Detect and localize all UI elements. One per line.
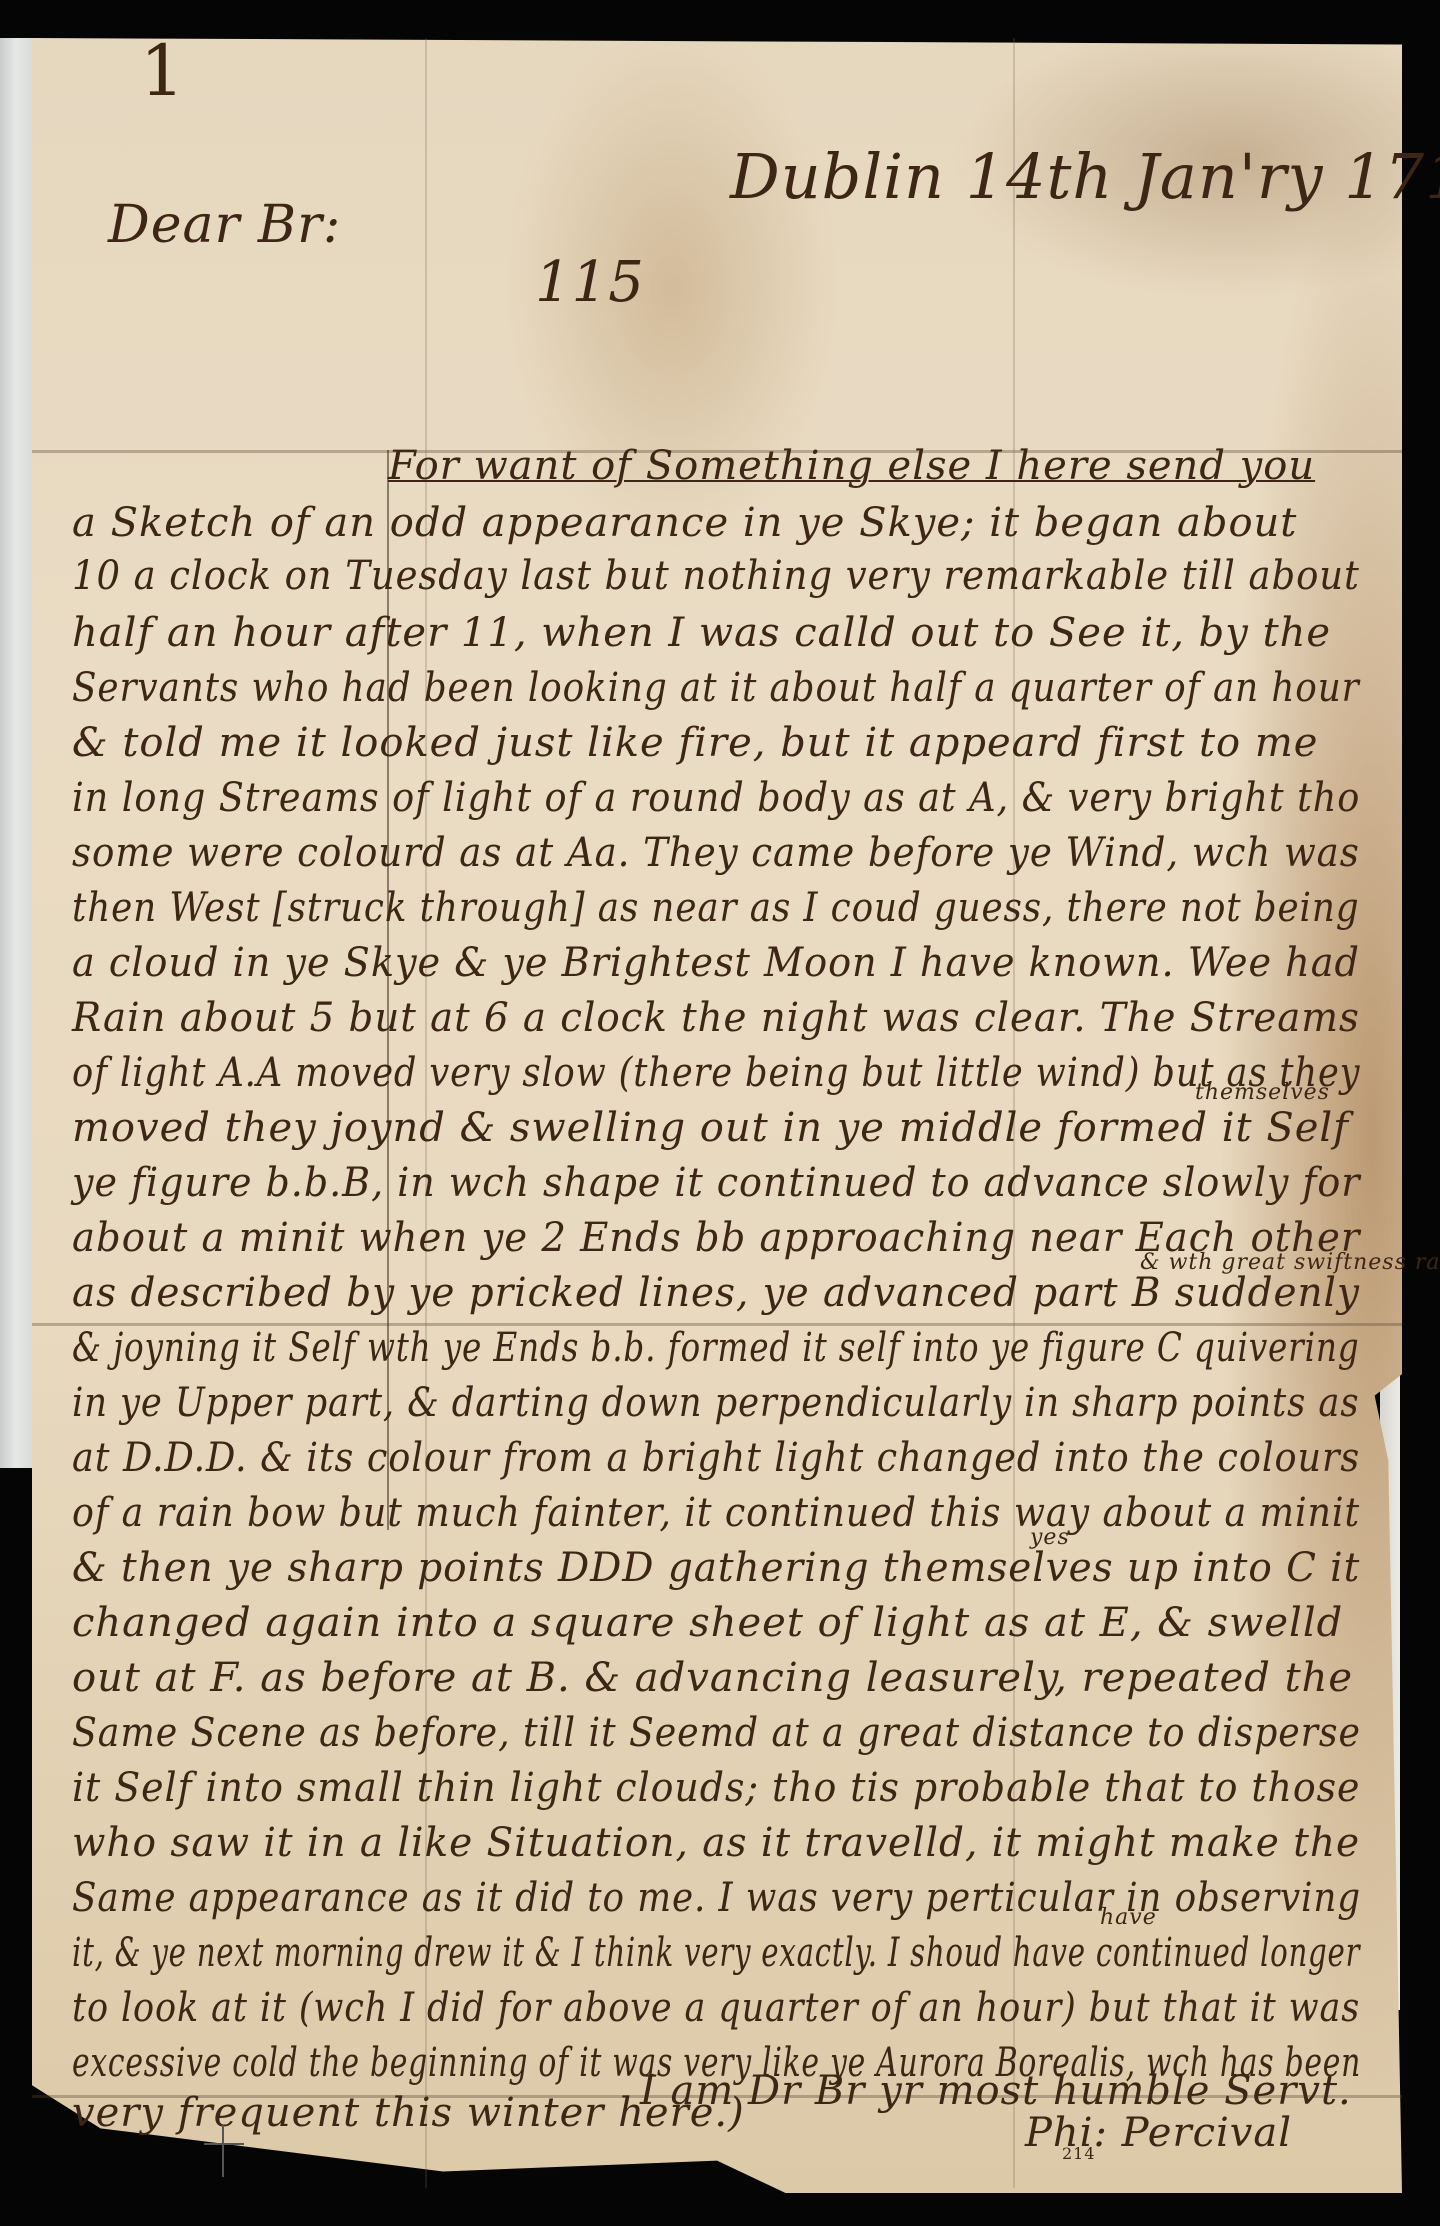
body-line: as described by ye pricked lines, ye adv… <box>72 1270 1360 1316</box>
body-line: in long Streams of light of a round body… <box>72 775 1360 821</box>
body-line: changed again into a square sheet of lig… <box>72 1600 1343 1646</box>
body-line: Same Scene as before, till it Seemd at a… <box>72 1710 1361 1756</box>
folio-mark: 1 <box>140 30 186 112</box>
salutation: Dear Br: <box>108 195 341 255</box>
body-line: Same appearance as it did to me. I was v… <box>72 1875 1361 1921</box>
body-line: some were colourd as at Aa. They came be… <box>72 830 1360 876</box>
closing: I am Dr Br yr most humble Servt. <box>640 2068 1352 2114</box>
body-line: ye figure b.b.B, in wch shape it continu… <box>72 1160 1360 1206</box>
body-line: & then ye sharp points DDD gathering the… <box>72 1545 1360 1591</box>
body-line: & joyning it Self wth ye Ends b.b. forme… <box>72 1325 1360 1371</box>
body-line: out at F. as before at B. & advancing le… <box>72 1655 1353 1701</box>
body-line: a Sketch of an odd appearance in ye Skye… <box>72 500 1297 546</box>
body-line: of light A.A moved very slow (there bein… <box>72 1050 1360 1096</box>
body-line: & told me it looked just like fire, but … <box>72 720 1318 766</box>
interlinear-note: themselves <box>1195 1080 1330 1105</box>
body-line: For want of Something else I here send y… <box>388 443 1315 489</box>
body-line: of a rain bow but much fainter, it conti… <box>72 1490 1360 1536</box>
body-line: it Self into small thin light clouds; th… <box>72 1765 1360 1811</box>
page-number: 115 <box>535 250 645 315</box>
body-line: in ye Upper part, & darting down perpend… <box>72 1380 1359 1426</box>
body-line: Rain about 5 but at 6 a clock the night … <box>72 995 1360 1041</box>
body-line: half an hour after 11, when I was calld … <box>72 610 1331 656</box>
body-line: 10 a clock on Tuesday last but nothing v… <box>72 553 1360 599</box>
body-line: at D.D.D. & its colour from a bright lig… <box>72 1435 1360 1481</box>
body-line: it, & ye next morning drew it & I think … <box>72 1930 1360 1976</box>
interlinear-note: have <box>1100 1905 1157 1930</box>
archive-number: 214 <box>1062 2144 1096 2163</box>
body-line: a cloud in ye Skye & ye Brightest Moon I… <box>72 940 1360 986</box>
body-line: moved they joynd & swelling out in ye mi… <box>72 1105 1349 1151</box>
body-line: then West [struck through] as near as I … <box>72 885 1359 931</box>
pencil-cross-mark <box>222 2125 224 2177</box>
body-line: Servants who had been looking at it abou… <box>72 665 1360 711</box>
body-line: to look at it (wch I did for above a qua… <box>72 1985 1360 2031</box>
body-line: who saw it in a like Situation, as it tr… <box>72 1820 1360 1866</box>
dateline: Dublin 14th Jan'ry 1719/20 <box>730 140 1440 213</box>
